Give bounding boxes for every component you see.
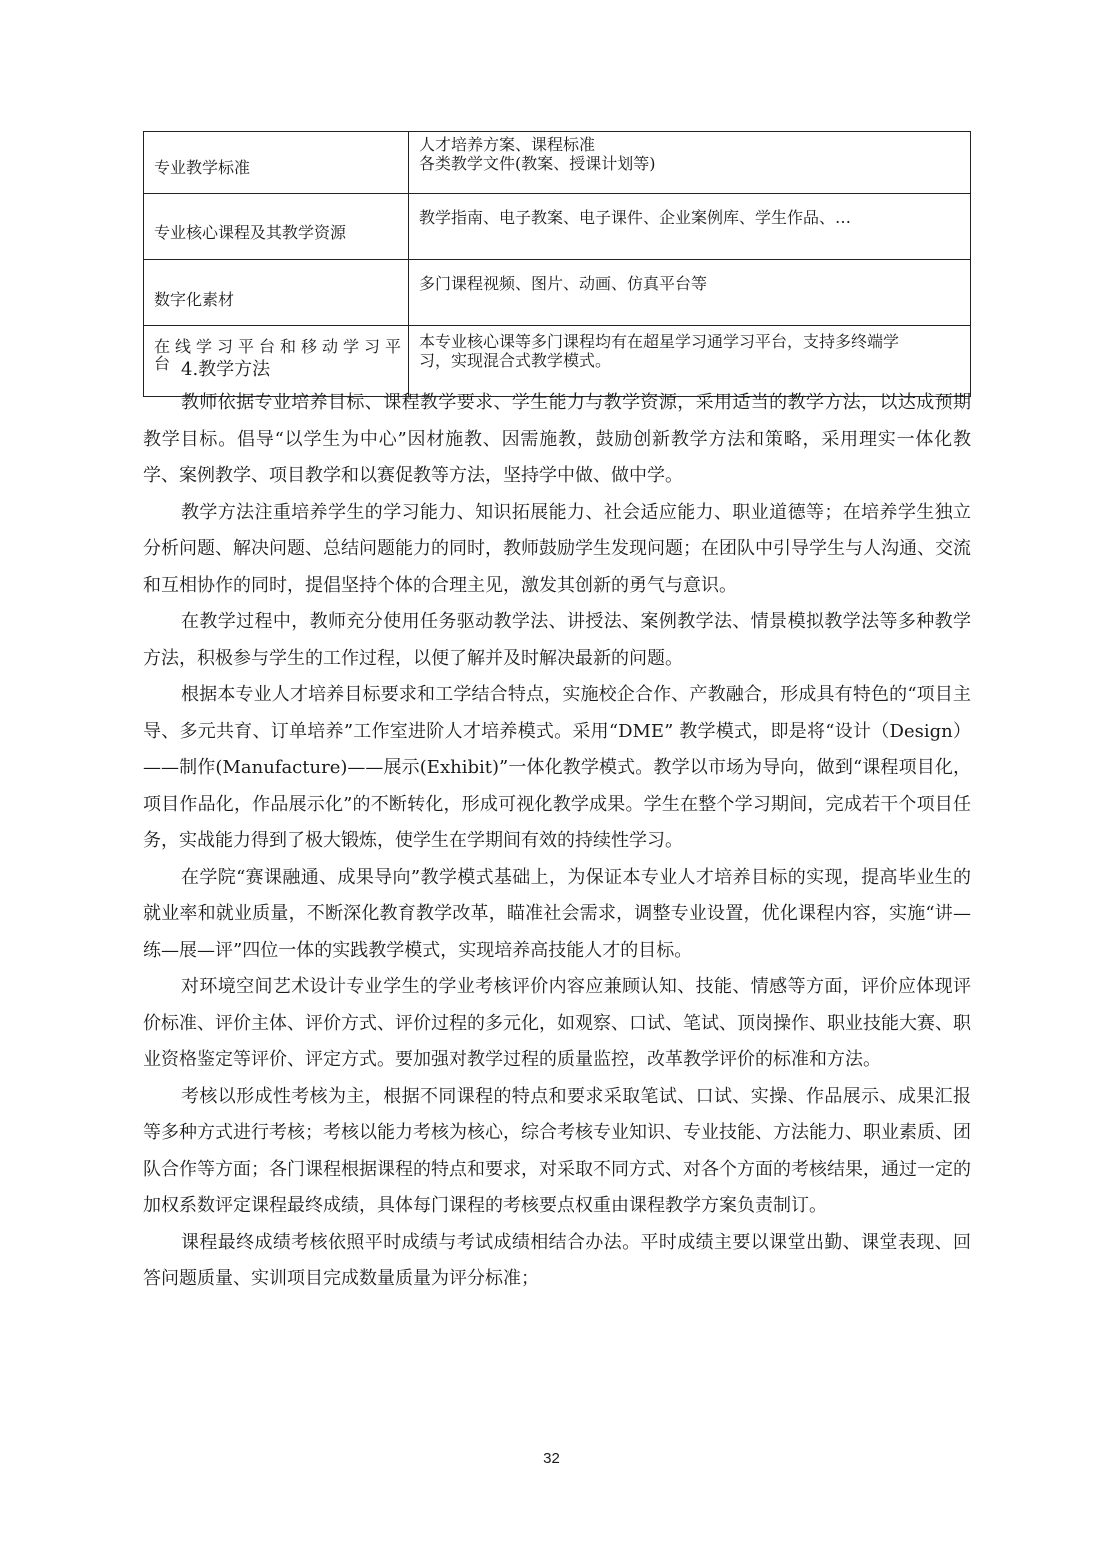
paragraph: 在教学过程中，教师充分使用任务驱动教学法、讲授法、案例教学法、情景模拟教学法等多… <box>143 604 971 677</box>
row-label: 专业核心课程及其教学资源 <box>144 194 409 260</box>
table-row: 专业核心课程及其教学资源 教学指南、电子教案、电子课件、企业案例库、学生作品、… <box>144 194 971 260</box>
paragraph: 考核以形成性考核为主，根据不同课程的特点和要求采取笔试、口试、实操、作品展示、成… <box>143 1079 971 1225</box>
document-page: 专业教学标准 人才培养方案、课程标准 各类教学文件(教案、授课计划等) 专业核心… <box>0 0 1103 1559</box>
table-row: 专业教学标准 人才培养方案、课程标准 各类教学文件(教案、授课计划等) <box>144 132 971 194</box>
page-number: 32 <box>0 1450 1103 1467</box>
row-value-line: 教学指南、电子教案、电子课件、企业案例库、学生作品、… <box>419 208 970 227</box>
section-heading: 4.教学方法 <box>143 355 971 385</box>
paragraph: 在学院“赛课融通、成果导向”教学模式基础上，为保证本专业人才培养目标的实现，提高… <box>143 860 971 970</box>
paragraph: 课程最终成绩考核依照平时成绩与考试成绩相结合办法。平时成绩主要以课堂出勤、课堂表… <box>143 1225 971 1298</box>
row-value-line: 本专业核心课等多门课程均有在超星学习通学习平台，支持多终端学 <box>419 332 970 351</box>
row-value-line: 人才培养方案、课程标准 <box>419 135 970 154</box>
row-value-line: 多门课程视频、图片、动画、仿真平台等 <box>419 274 970 293</box>
paragraph: 教师依据专业培养目标、课程教学要求、学生能力与教学资源，采用适当的教学方法，以达… <box>143 385 971 495</box>
row-label: 专业教学标准 <box>144 132 409 194</box>
section-body: 4.教学方法 教师依据专业培养目标、课程教学要求、学生能力与教学资源，采用适当的… <box>143 355 971 1298</box>
row-value-line: 各类教学文件(教案、授课计划等) <box>419 154 970 173</box>
paragraph: 对环境空间艺术设计专业学生的学业考核评价内容应兼顾认知、技能、情感等方面，评价应… <box>143 969 971 1079</box>
table-row: 数字化素材 多门课程视频、图片、动画、仿真平台等 <box>144 260 971 326</box>
row-value: 教学指南、电子教案、电子课件、企业案例库、学生作品、… <box>409 194 971 260</box>
row-value: 人才培养方案、课程标准 各类教学文件(教案、授课计划等) <box>409 132 971 194</box>
row-label: 数字化素材 <box>144 260 409 326</box>
paragraph: 根据本专业人才培养目标要求和工学结合特点，实施校企合作、产教融合，形成具有特色的… <box>143 677 971 860</box>
row-value: 多门课程视频、图片、动画、仿真平台等 <box>409 260 971 326</box>
paragraph: 教学方法注重培养学生的学习能力、知识拓展能力、社会适应能力、职业道德等；在培养学… <box>143 495 971 605</box>
